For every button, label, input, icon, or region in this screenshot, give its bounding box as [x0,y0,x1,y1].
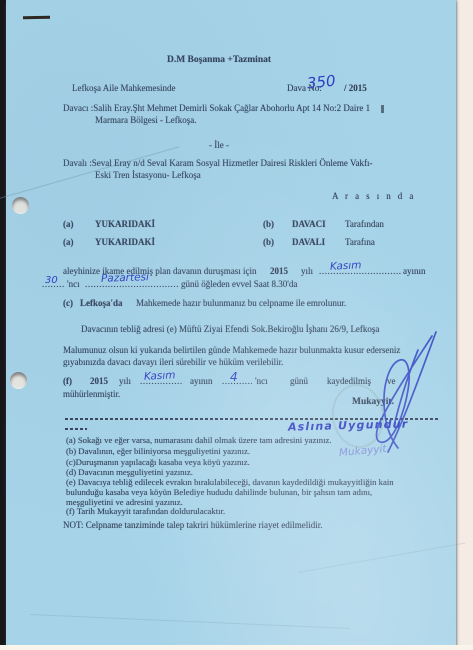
ile-separator: - İle - [63,140,375,150]
footnote-line: (f) Tarih Mukayyit tarafından doldurulac… [66,507,225,517]
arasinda-label: A r a s ı n d a [332,191,416,201]
footnote-line: (b) Davalının, eğer biliniyorsa meşguliy… [66,447,250,457]
doc-title: D.M Boşanma +Tazminat [63,55,375,66]
case-no-year: / 2015 [344,83,367,93]
party-row1-name: YUKARIDAKİ [95,219,155,229]
party-row2-a: (a) [63,237,74,247]
party-row1-suffix: Tarafından [345,219,384,229]
plaintiff-line-2: Marmara Bölgesi - Lefkoşa. [95,115,196,125]
service-address-line: Davacının tebliğ adresi (e) Müftü Ziyai … [81,324,379,334]
hearing-yili: yılı [301,266,313,276]
weekday-handwritten: Pazartesi [101,272,149,285]
court-name: Lefkoşa Aile Mahkemesinde [72,83,175,93]
order-place: Lefkoşa'da [80,298,123,308]
punch-hole-top [12,197,29,214]
case-no-handwritten: 350 [306,73,336,93]
hearing-nci: 'ncı [67,279,80,289]
month-handwritten: Kasım [144,370,176,383]
party-row2-role: DAVALI [292,237,325,247]
party-row2-name: YUKARIDAKİ [95,237,155,247]
hearing-year: 2015 [270,266,288,276]
defendant-line-2: Eski Tren İstasyonu- Lefkoşa [95,170,201,180]
plaintiff-line-1: Davacı :Salih Eray.Şht Mehmet Demirli So… [63,103,370,113]
party-row1-a: (a) [63,219,74,229]
scan-artifact [381,105,384,113]
note-line: NOT: Celpname tanziminde talep takriri h… [63,520,322,530]
registration-year: 2015 [90,376,108,386]
month-handwritten: Kasım [330,260,362,273]
party-row2-b: (b) [263,237,274,247]
registration-yili: yılı [119,376,131,386]
defendant-line-1: Davalı :Seval Eray n/d Seval Karam Sosya… [63,158,373,168]
staple-mark [23,16,50,19]
registration-gunu: günü [290,376,308,386]
warning-line-2: gıyabınızda davacı davayı ileri sürebili… [63,357,283,367]
hearing-text: aleyhinize ikame edilmiş plan davanın du… [63,266,256,276]
scanned-document: D.M Boşanma +Tazminat Lefkoşa Aile Mahke… [0,0,473,650]
registration-ayinin: ayının [190,376,213,386]
hearing-ayinin: ayının [403,266,426,276]
paper-sheet [6,0,456,646]
short-dash-mark [65,428,87,430]
day-handwritten: 30 [45,275,58,286]
party-row1-b: (b) [263,219,274,229]
registration-f: (f) [63,376,72,386]
registration-line-2: mühürlenmiştir. [63,389,120,399]
scanner-edge-bottom [0,645,473,650]
hearing-post: günü öğleden evvel Saat 8.30'da [181,279,297,289]
party-row1-role: DAVACI [292,219,326,229]
registration-nci: 'ncı [255,376,268,386]
order-text: Mahkemede hazır bulunmanız bu celpname i… [136,298,346,308]
footnote-line: (a) Sokağı ve eğer varsa, numarasını dah… [66,436,332,446]
party-row2-suffix: Tarafına [345,237,375,247]
punch-hole-bottom [10,372,27,389]
registrar-signature [348,330,440,455]
day-handwritten: 4 [230,371,238,384]
order-c: (c) [63,298,73,308]
